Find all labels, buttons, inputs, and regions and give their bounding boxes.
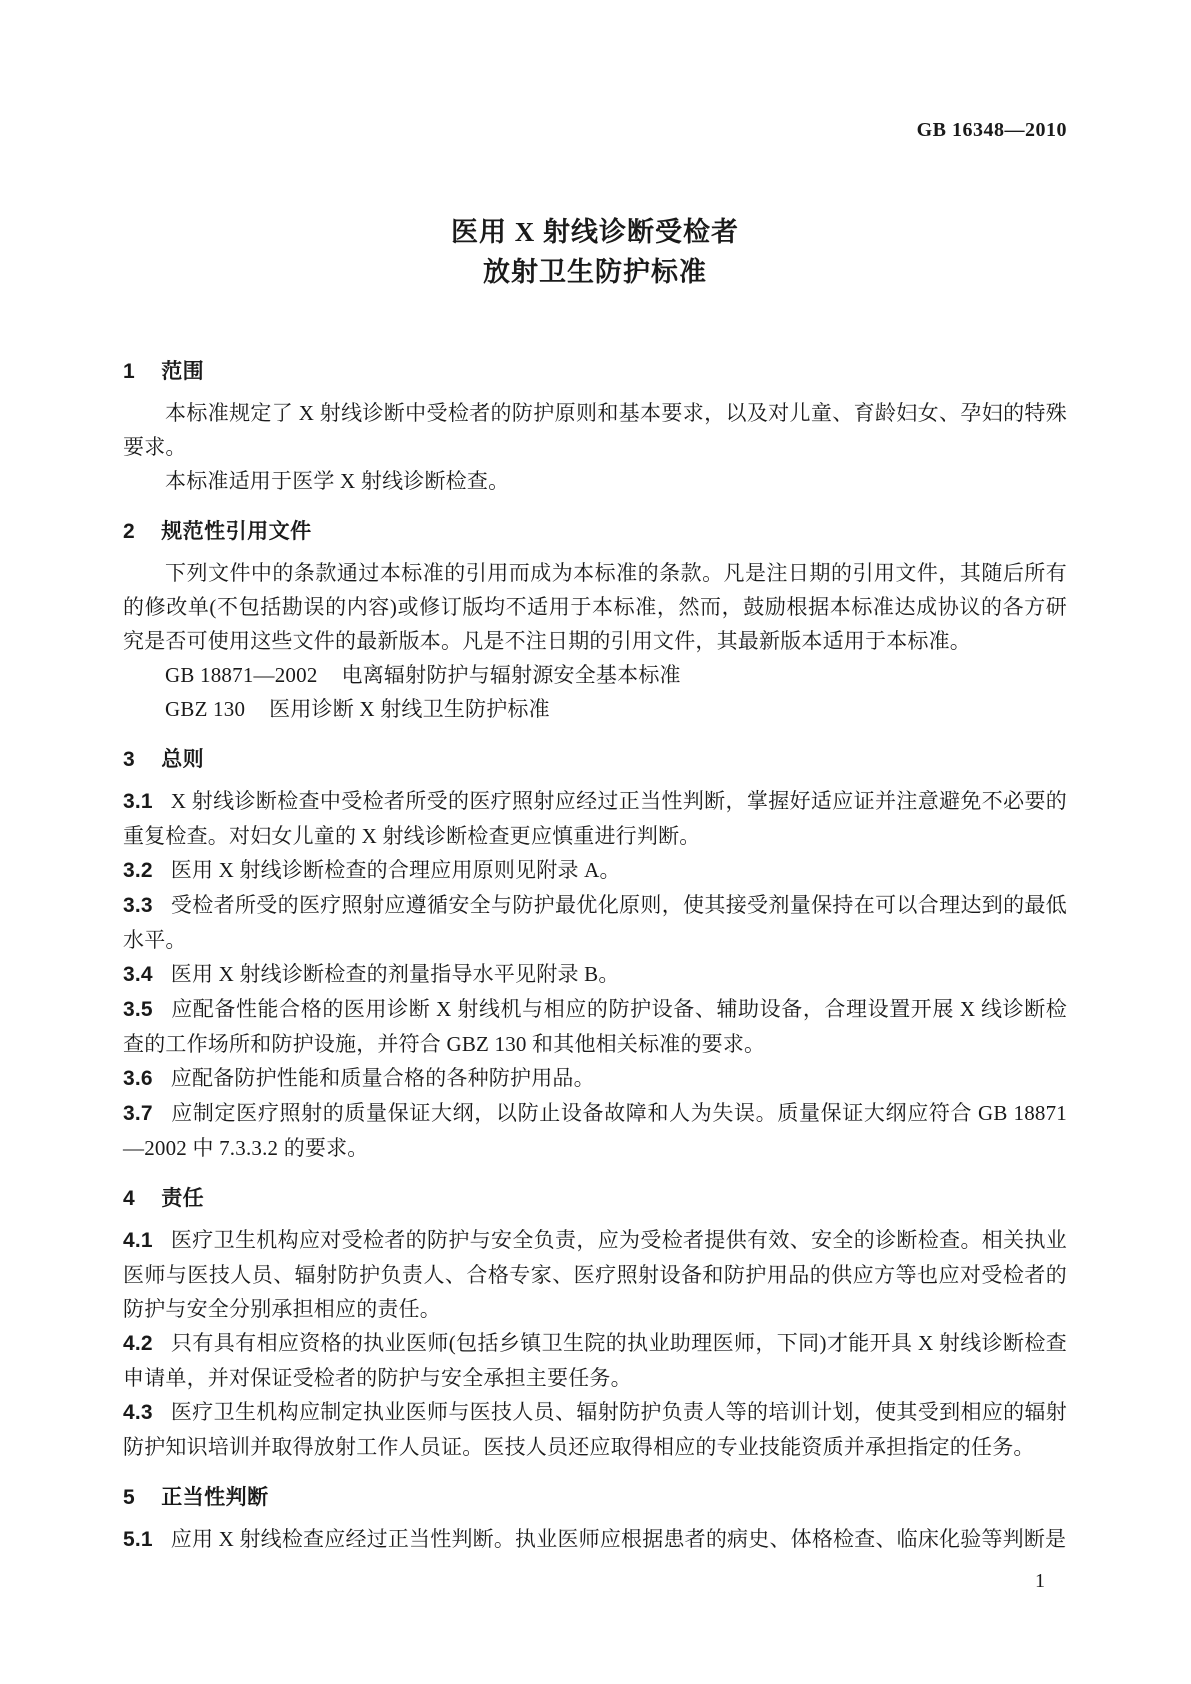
section-heading-general-principles: 3总则	[123, 746, 1067, 774]
section-title: 责任	[161, 1187, 204, 1210]
section-title: 总则	[161, 748, 204, 771]
section-title: 范围	[161, 360, 204, 383]
clause-number: 4.3	[123, 1401, 153, 1424]
clause-text: 应用 X 射线检查应经过正当性判断。执业医师应根据患者的病史、体格检查、临床化验…	[171, 1527, 1066, 1551]
clause-text: 医疗卫生机构应对受检者的防护与安全负责，应为受检者提供有效、安全的诊断检查。相关…	[123, 1228, 1067, 1321]
section-title: 正当性判断	[161, 1486, 269, 1509]
clause: 4.1医疗卫生机构应对受检者的防护与安全负责，应为受检者提供有效、安全的诊断检查…	[123, 1223, 1067, 1326]
document-page: GB 16348—2010 医用 X 射线诊断受检者 放射卫生防护标准 1范围 …	[0, 0, 1191, 1684]
clause-text: 应配备防护性能和质量合格的各种防护用品。	[171, 1066, 595, 1090]
paragraph: 本标准规定了 X 射线诊断中受检者的防护原则和基本要求，以及对儿童、育龄妇女、孕…	[123, 396, 1067, 464]
reference-code: GB 18871—2002	[165, 663, 318, 687]
clause-number: 5.1	[123, 1528, 153, 1551]
clause-text: 医疗卫生机构应制定执业医师与医技人员、辐射防护负责人等的培训计划，使其受到相应的…	[123, 1400, 1067, 1459]
clause-text: 应制定医疗照射的质量保证大纲，以防止设备故障和人为失误。质量保证大纲应符合 GB…	[123, 1101, 1067, 1160]
clause-text: 医用 X 射线诊断检查的剂量指导水平见附录 B。	[171, 962, 620, 986]
document-title-line-2: 放射卫生防护标准	[123, 252, 1067, 292]
clause-text: 受检者所受的医疗照射应遵循安全与防护最优化原则，使其接受剂量保持在可以合理达到的…	[123, 893, 1067, 952]
reference-title: 电离辐射防护与辐射源安全基本标准	[342, 663, 681, 687]
section-number: 2	[123, 520, 135, 543]
clause: 3.1X 射线诊断检查中受检者所受的医疗照射应经过正当性判断，掌握好适应证并注意…	[123, 784, 1067, 853]
section-heading-justification: 5正当性判断	[123, 1484, 1067, 1512]
clause: 4.2只有具有相应资格的执业医师(包括乡镇卫生院的执业助理医师，下同)才能开具 …	[123, 1326, 1067, 1395]
reference-code: GBZ 130	[165, 697, 245, 721]
document-title: 医用 X 射线诊断受检者 放射卫生防护标准	[123, 212, 1067, 292]
standard-number-text: GB 16348—2010	[917, 119, 1067, 141]
standard-number: GB 16348—2010	[123, 118, 1067, 142]
clause: 3.5应配备性能合格的医用诊断 X 射线机与相应的防护设备、辅助设备，合理设置开…	[123, 992, 1067, 1061]
clause-text: 应配备性能合格的医用诊断 X 射线机与相应的防护设备、辅助设备，合理设置开展 X…	[123, 997, 1067, 1056]
clause: 4.3医疗卫生机构应制定执业医师与医技人员、辐射防护负责人等的培训计划，使其受到…	[123, 1395, 1067, 1464]
reference-item: GBZ 130医用诊断 X 射线卫生防护标准	[123, 692, 1067, 726]
paragraph: 下列文件中的条款通过本标准的引用而成为本标准的条款。凡是注日期的引用文件，其随后…	[123, 556, 1067, 658]
clause-number: 3.3	[123, 894, 153, 917]
section-number: 5	[123, 1486, 135, 1509]
section-number: 1	[123, 360, 135, 383]
clause: 5.1应用 X 射线检查应经过正当性判断。执业医师应根据患者的病史、体格检查、临…	[123, 1522, 1067, 1557]
clause-number: 3.1	[123, 790, 153, 813]
section-title: 规范性引用文件	[161, 520, 312, 543]
clause-number: 3.6	[123, 1067, 153, 1090]
clause-number: 4.1	[123, 1229, 153, 1252]
section-number: 4	[123, 1187, 135, 1210]
clause-number: 3.2	[123, 859, 153, 882]
clause-text: 医用 X 射线诊断检查的合理应用原则见附录 A。	[171, 858, 621, 882]
clause: 3.6应配备防护性能和质量合格的各种防护用品。	[123, 1061, 1067, 1096]
section-heading-normative-references: 2规范性引用文件	[123, 518, 1067, 546]
clause: 3.4医用 X 射线诊断检查的剂量指导水平见附录 B。	[123, 957, 1067, 992]
clause-number: 3.7	[123, 1102, 153, 1125]
section-number: 3	[123, 748, 135, 771]
clause-text: 只有具有相应资格的执业医师(包括乡镇卫生院的执业助理医师，下同)才能开具 X 射…	[123, 1331, 1067, 1390]
clause-text: X 射线诊断检查中受检者所受的医疗照射应经过正当性判断，掌握好适应证并注意避免不…	[123, 789, 1067, 848]
document-title-line-1: 医用 X 射线诊断受检者	[123, 212, 1067, 252]
clause: 3.7应制定医疗照射的质量保证大纲，以防止设备故障和人为失误。质量保证大纲应符合…	[123, 1096, 1067, 1165]
section-heading-responsibility: 4责任	[123, 1185, 1067, 1213]
reference-item: GB 18871—2002电离辐射防护与辐射源安全基本标准	[123, 658, 1067, 692]
clause: 3.3受检者所受的医疗照射应遵循安全与防护最优化原则，使其接受剂量保持在可以合理…	[123, 888, 1067, 957]
clause-number: 3.4	[123, 963, 153, 986]
section-heading-scope: 1范围	[123, 358, 1067, 386]
clause: 3.2医用 X 射线诊断检查的合理应用原则见附录 A。	[123, 853, 1067, 888]
page-number: 1	[123, 1569, 1067, 1593]
clause-number: 3.5	[123, 998, 153, 1021]
reference-title: 医用诊断 X 射线卫生防护标准	[269, 697, 550, 721]
clause-number: 4.2	[123, 1332, 153, 1355]
paragraph: 本标准适用于医学 X 射线诊断检查。	[123, 464, 1067, 498]
